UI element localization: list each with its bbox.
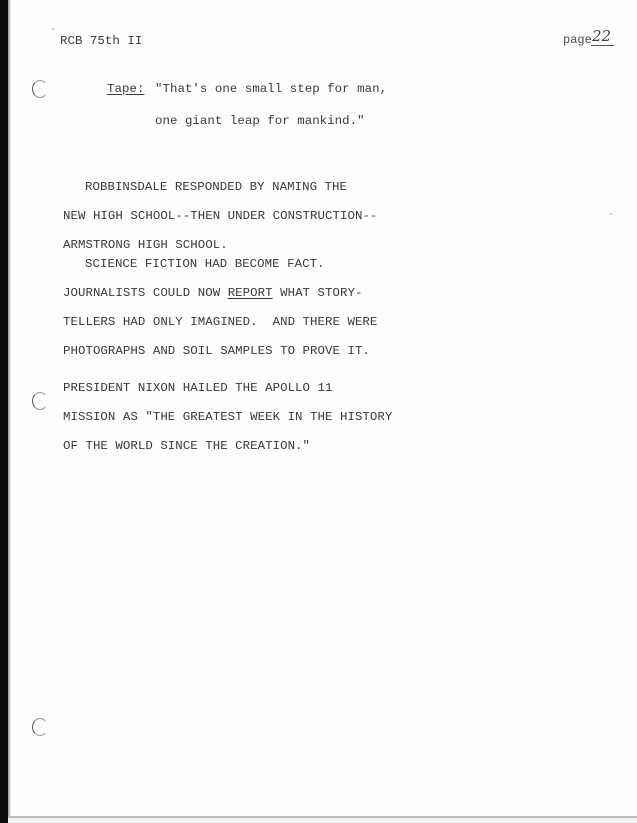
tape-label: Tape: bbox=[107, 82, 144, 96]
paragraph-line: OF THE WORLD SINCE THE CREATION." bbox=[63, 439, 310, 453]
paragraph-line: PHOTOGRAPHS AND SOIL SAMPLES TO PROVE IT… bbox=[63, 344, 370, 358]
paragraph-line: PRESIDENT NIXON HAILED THE APOLLO 11 bbox=[63, 381, 332, 395]
binding-shadow bbox=[8, 0, 11, 823]
paragraph-line: NEW HIGH SCHOOL--THEN UNDER CONSTRUCTION… bbox=[63, 209, 377, 223]
binding-strip bbox=[0, 0, 8, 823]
page-label: page bbox=[563, 33, 592, 47]
punch-hole-bottom bbox=[32, 718, 48, 736]
paragraph-line: SCIENCE FICTION HAD BECOME FACT. bbox=[85, 257, 325, 271]
tape-quote-line: one giant leap for mankind." bbox=[155, 114, 365, 128]
paragraph-line-with-underline: JOURNALISTS COULD NOW REPORT WHAT STORY- bbox=[63, 286, 362, 300]
paragraph-line: ROBBINSDALE RESPONDED BY NAMING THE bbox=[85, 180, 347, 194]
text-segment: WHAT STORY- bbox=[273, 286, 363, 300]
text-segment: JOURNALISTS COULD NOW bbox=[63, 286, 228, 300]
punch-hole-top bbox=[32, 80, 48, 98]
paper-speck bbox=[52, 28, 54, 30]
tape-quote-line: "That's one small step for man, bbox=[155, 82, 387, 96]
paper-speck bbox=[610, 213, 612, 215]
paragraph-line: TELLERS HAD ONLY IMAGINED. AND THERE WER… bbox=[63, 315, 377, 329]
punch-hole-middle bbox=[32, 392, 48, 410]
document-reference: RCB 75th II bbox=[60, 34, 142, 48]
page-bottom-strip bbox=[8, 818, 637, 823]
paragraph-line: ARMSTRONG HIGH SCHOOL. bbox=[63, 238, 228, 252]
paragraph-line: MISSION AS "THE GREATEST WEEK IN THE HIS… bbox=[63, 410, 392, 424]
underlined-word: REPORT bbox=[228, 286, 273, 300]
page-number-handwritten: 22 bbox=[591, 28, 614, 46]
